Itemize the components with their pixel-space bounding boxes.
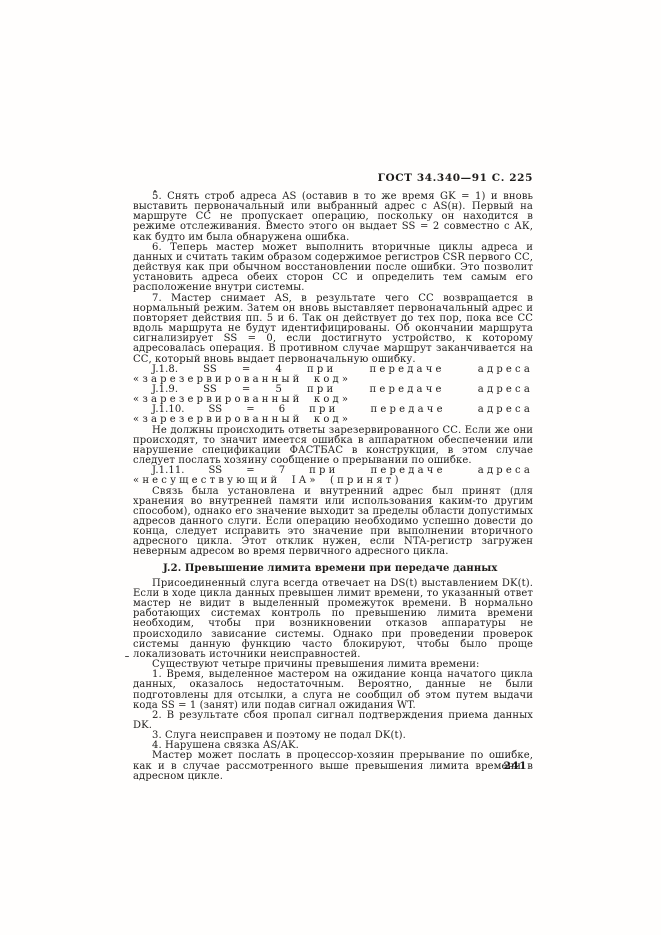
paragraph: Не должны происходить ответы зарезервиро… [133, 426, 533, 467]
text-run: 6. Теперь мастер может выполнить вторичн… [133, 242, 533, 294]
paragraph: 1. Время, выделенное мастером на ожидани… [133, 670, 533, 711]
page-number: 241 [133, 760, 527, 772]
scan-speck [154, 190, 156, 192]
paragraph: Присоединенный слуга всегда отвечает на … [133, 579, 533, 660]
text-run: J.2. Превышение лимита времени при перед… [163, 563, 497, 574]
text-run: 2. В результате сбоя пропал сигнал подтв… [133, 710, 533, 731]
text-run: Присоединенный слуга всегда отвечает на … [133, 578, 533, 660]
text-run: 1. Время, выделенное мастером на ожидани… [133, 669, 533, 710]
text-run: 7. Мастер снимает AS, в результате чего … [133, 293, 533, 365]
running-header: ГОСТ 34.340—91 С. 225 [133, 172, 533, 184]
scan-speck [125, 656, 129, 657]
paragraph: 6. Теперь мастер может выполнить вторичн… [133, 243, 533, 294]
text-run: Связь была установлена и внутренний адре… [133, 486, 533, 558]
paragraph: 5. Снять строб адреса AS (оставив в то ж… [133, 192, 533, 243]
paragraph: J.1.9. SS = 5 при передаче адреса «зарез… [133, 385, 533, 405]
document-page: ГОСТ 34.340—91 С. 225 5. Снять строб адр… [0, 0, 661, 935]
text-run: Не должны происходить ответы зарезервиро… [133, 425, 533, 466]
paragraph: 2. В результате сбоя пропал сигнал подтв… [133, 711, 533, 731]
section-heading: J.2. Превышение лимита времени при перед… [133, 564, 533, 574]
page-body: 5. Снять строб адреса AS (оставив в то ж… [133, 192, 533, 782]
paragraph: J.1.10. SS = 6 при передаче адреса «заре… [133, 405, 533, 425]
text-run: 5. Снять строб адреса AS (оставив в то ж… [133, 191, 533, 243]
paragraph: J.1.8. SS = 4 при передаче адреса «зарез… [133, 365, 533, 385]
paragraph: J.1.11. SS = 7 при передаче адреса «несу… [133, 466, 533, 486]
paragraph: Связь была установлена и внутренний адре… [133, 487, 533, 558]
paragraph: 7. Мастер снимает AS, в результате чего … [133, 294, 533, 365]
